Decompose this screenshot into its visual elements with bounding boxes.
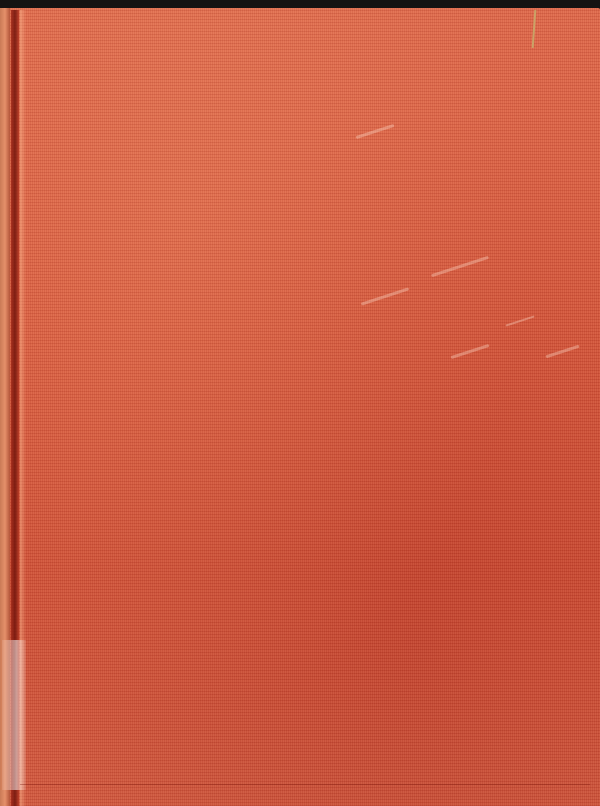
tape-strip bbox=[2, 640, 26, 790]
cover-crease bbox=[20, 784, 590, 785]
book-cover bbox=[0, 8, 600, 806]
